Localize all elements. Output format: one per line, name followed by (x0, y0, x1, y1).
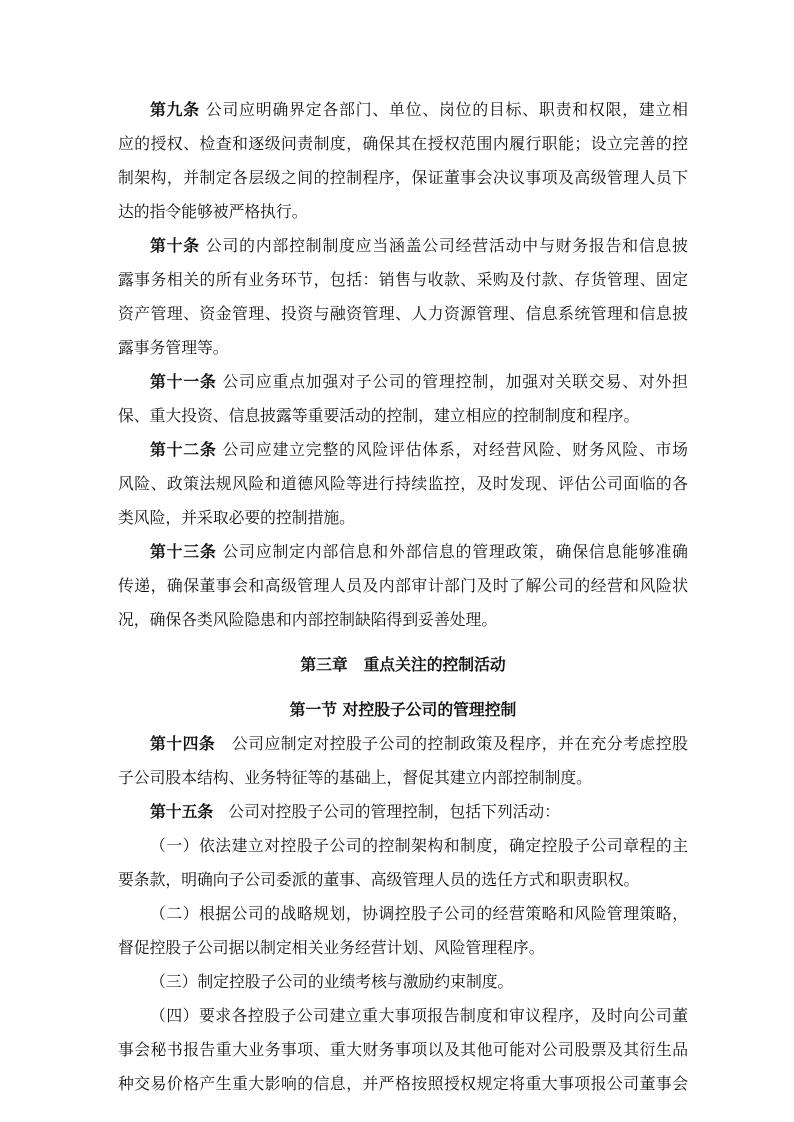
item-2-line-1: （二）根据公司的战略规划，协调控股子公司的经营策略和风险管理策略， (150, 897, 688, 931)
article-label: 第十一条 (150, 372, 217, 391)
article-9-line-3: 制架构，并制定各层级之间的控制程序，保证董事会决议事项及高级管理人员下 (118, 161, 688, 195)
article-10-line-2: 露事务相关的所有业务环节，包括：销售与收款、采购及付款、存货管理、固定 (118, 263, 688, 297)
article-15-line-1: 第十五条 公司对控股子公司的管理控制，包括下列活动： (150, 795, 688, 829)
article-11-line-2: 保、重大投资、信息披露等重要活动的控制，建立相应的控制制度和程序。 (118, 399, 688, 433)
chapter-heading: 第三章 重点关注的控制活动 (118, 648, 688, 682)
item-1-line-1: （一）依法建立对控股子公司的控制架构和制度，确定控股子公司章程的主 (150, 829, 688, 863)
article-9-line-1: 第九条 公司应明确界定各部门、单位、岗位的目标、职责和权限，建立相 (150, 93, 688, 127)
item-2-line-2: 督促控股子公司据以制定相关业务经营计划、风险管理程序。 (118, 931, 688, 965)
item-4-line-1: （四）要求各控股子公司建立重大事项报告制度和审议程序，及时向公司董 (150, 999, 688, 1033)
article-13-line-3: 况，确保各类风险隐患和内部控制缺陷得到妥善处理。 (118, 603, 688, 637)
article-label: 第十四条 (150, 734, 215, 753)
article-label: 第十五条 (150, 802, 213, 821)
article-12-line-3: 类风险，并采取必要的控制措施。 (118, 501, 688, 535)
article-10-line-3: 资产管理、资金管理、投资与融资管理、人力资源管理、信息系统管理和信息披 (118, 297, 688, 331)
article-label: 第十三条 (150, 542, 217, 561)
item-1-line-2: 要条款，明确向子公司委派的董事、高级管理人员的选任方式和职责职权。 (118, 863, 688, 897)
article-label: 第十条 (150, 236, 200, 255)
section-heading: 第一节 对控股子公司的管理控制 (118, 693, 688, 727)
article-10-line-1: 第十条 公司的内部控制制度应当涵盖公司经营活动中与财务报告和信息披 (150, 229, 688, 263)
article-9-line-4: 达的指令能够被严格执行。 (118, 195, 688, 229)
article-label: 第十二条 (150, 440, 217, 459)
article-14-line-2: 子公司股本结构、业务特征等的基础上，督促其建立内部控制制度。 (118, 761, 688, 795)
article-13-line-2: 传递，确保董事会和高级管理人员及内部审计部门及时了解公司的经营和风险状 (118, 569, 688, 603)
item-4-line-3: 种交易价格产生重大影响的信息，并严格按照授权规定将重大事项报公司董事会 (118, 1067, 688, 1101)
article-12-line-1: 第十二条 公司应建立完整的风险评估体系，对经营风险、财务风险、市场 (150, 433, 688, 467)
article-12-line-2: 风险、政策法规风险和道德风险等进行持续监控，及时发现、评估公司面临的各 (118, 467, 688, 501)
article-label: 第九条 (150, 100, 200, 119)
article-11-line-1: 第十一条 公司应重点加强对子公司的管理控制，加强对关联交易、对外担 (150, 365, 688, 399)
article-14-line-1: 第十四条 公司应制定对控股子公司的控制政策及程序，并在充分考虑控股 (150, 727, 688, 761)
article-10-line-4: 露事务管理等。 (118, 331, 688, 365)
article-9-line-2: 应的授权、检查和逐级问责制度，确保其在授权范围内履行职能；设立完善的控 (118, 127, 688, 161)
item-3-line-1: （三）制定控股子公司的业绩考核与激励约束制度。 (150, 965, 688, 999)
item-4-line-2: 事会秘书报告重大业务事项、重大财务事项以及其他可能对公司股票及其衍生品 (118, 1033, 688, 1067)
article-13-line-1: 第十三条 公司应制定内部信息和外部信息的管理政策，确保信息能够准确 (150, 535, 688, 569)
